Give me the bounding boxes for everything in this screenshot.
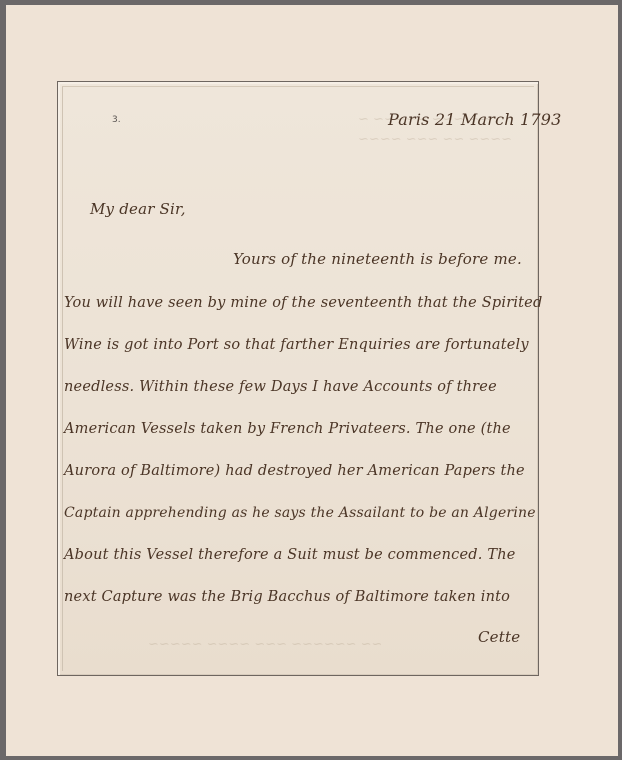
- show-through-text: ~~ ~~~~~~ ~~~ ~~~~ ~~~~~: [148, 637, 382, 652]
- catchword: Cette: [478, 628, 520, 646]
- show-through-text: ~~~~ ~~ ~~~ ~~~~: [358, 132, 512, 147]
- body-line-5: American Vessels taken by French Private…: [64, 421, 511, 437]
- body-line-9: next Capture was the Brig Bacchus of Bal…: [64, 589, 510, 605]
- salutation: My dear Sir,: [90, 200, 186, 218]
- body-line-6: Aurora of Baltimore) had destroyed her A…: [64, 463, 525, 479]
- body-line-1: Yours of the nineteenth is before me.: [233, 250, 522, 268]
- body-line-3: Wine is got into Port so that farther En…: [64, 337, 529, 353]
- dateline: Paris 21 March 1793: [388, 110, 562, 129]
- mat-frame: ~~ ~~~ ~~~~~ ~ ~~~~ ~~ ~~~ ~~~~ ~~ ~~~~~…: [6, 5, 618, 756]
- body-line-7: Captain apprehending as he says the Assa…: [64, 505, 536, 521]
- folio-mark: 3.: [112, 115, 121, 125]
- body-line-8: About this Vessel therefore a Suit must …: [64, 547, 516, 563]
- body-line-4: needless. Within these few Days I have A…: [64, 379, 497, 395]
- letter-sheet: ~~ ~~~ ~~~~~ ~ ~~~~ ~~ ~~~ ~~~~ ~~ ~~~~~…: [57, 81, 539, 676]
- body-line-2: You will have seen by mine of the sevent…: [64, 295, 542, 311]
